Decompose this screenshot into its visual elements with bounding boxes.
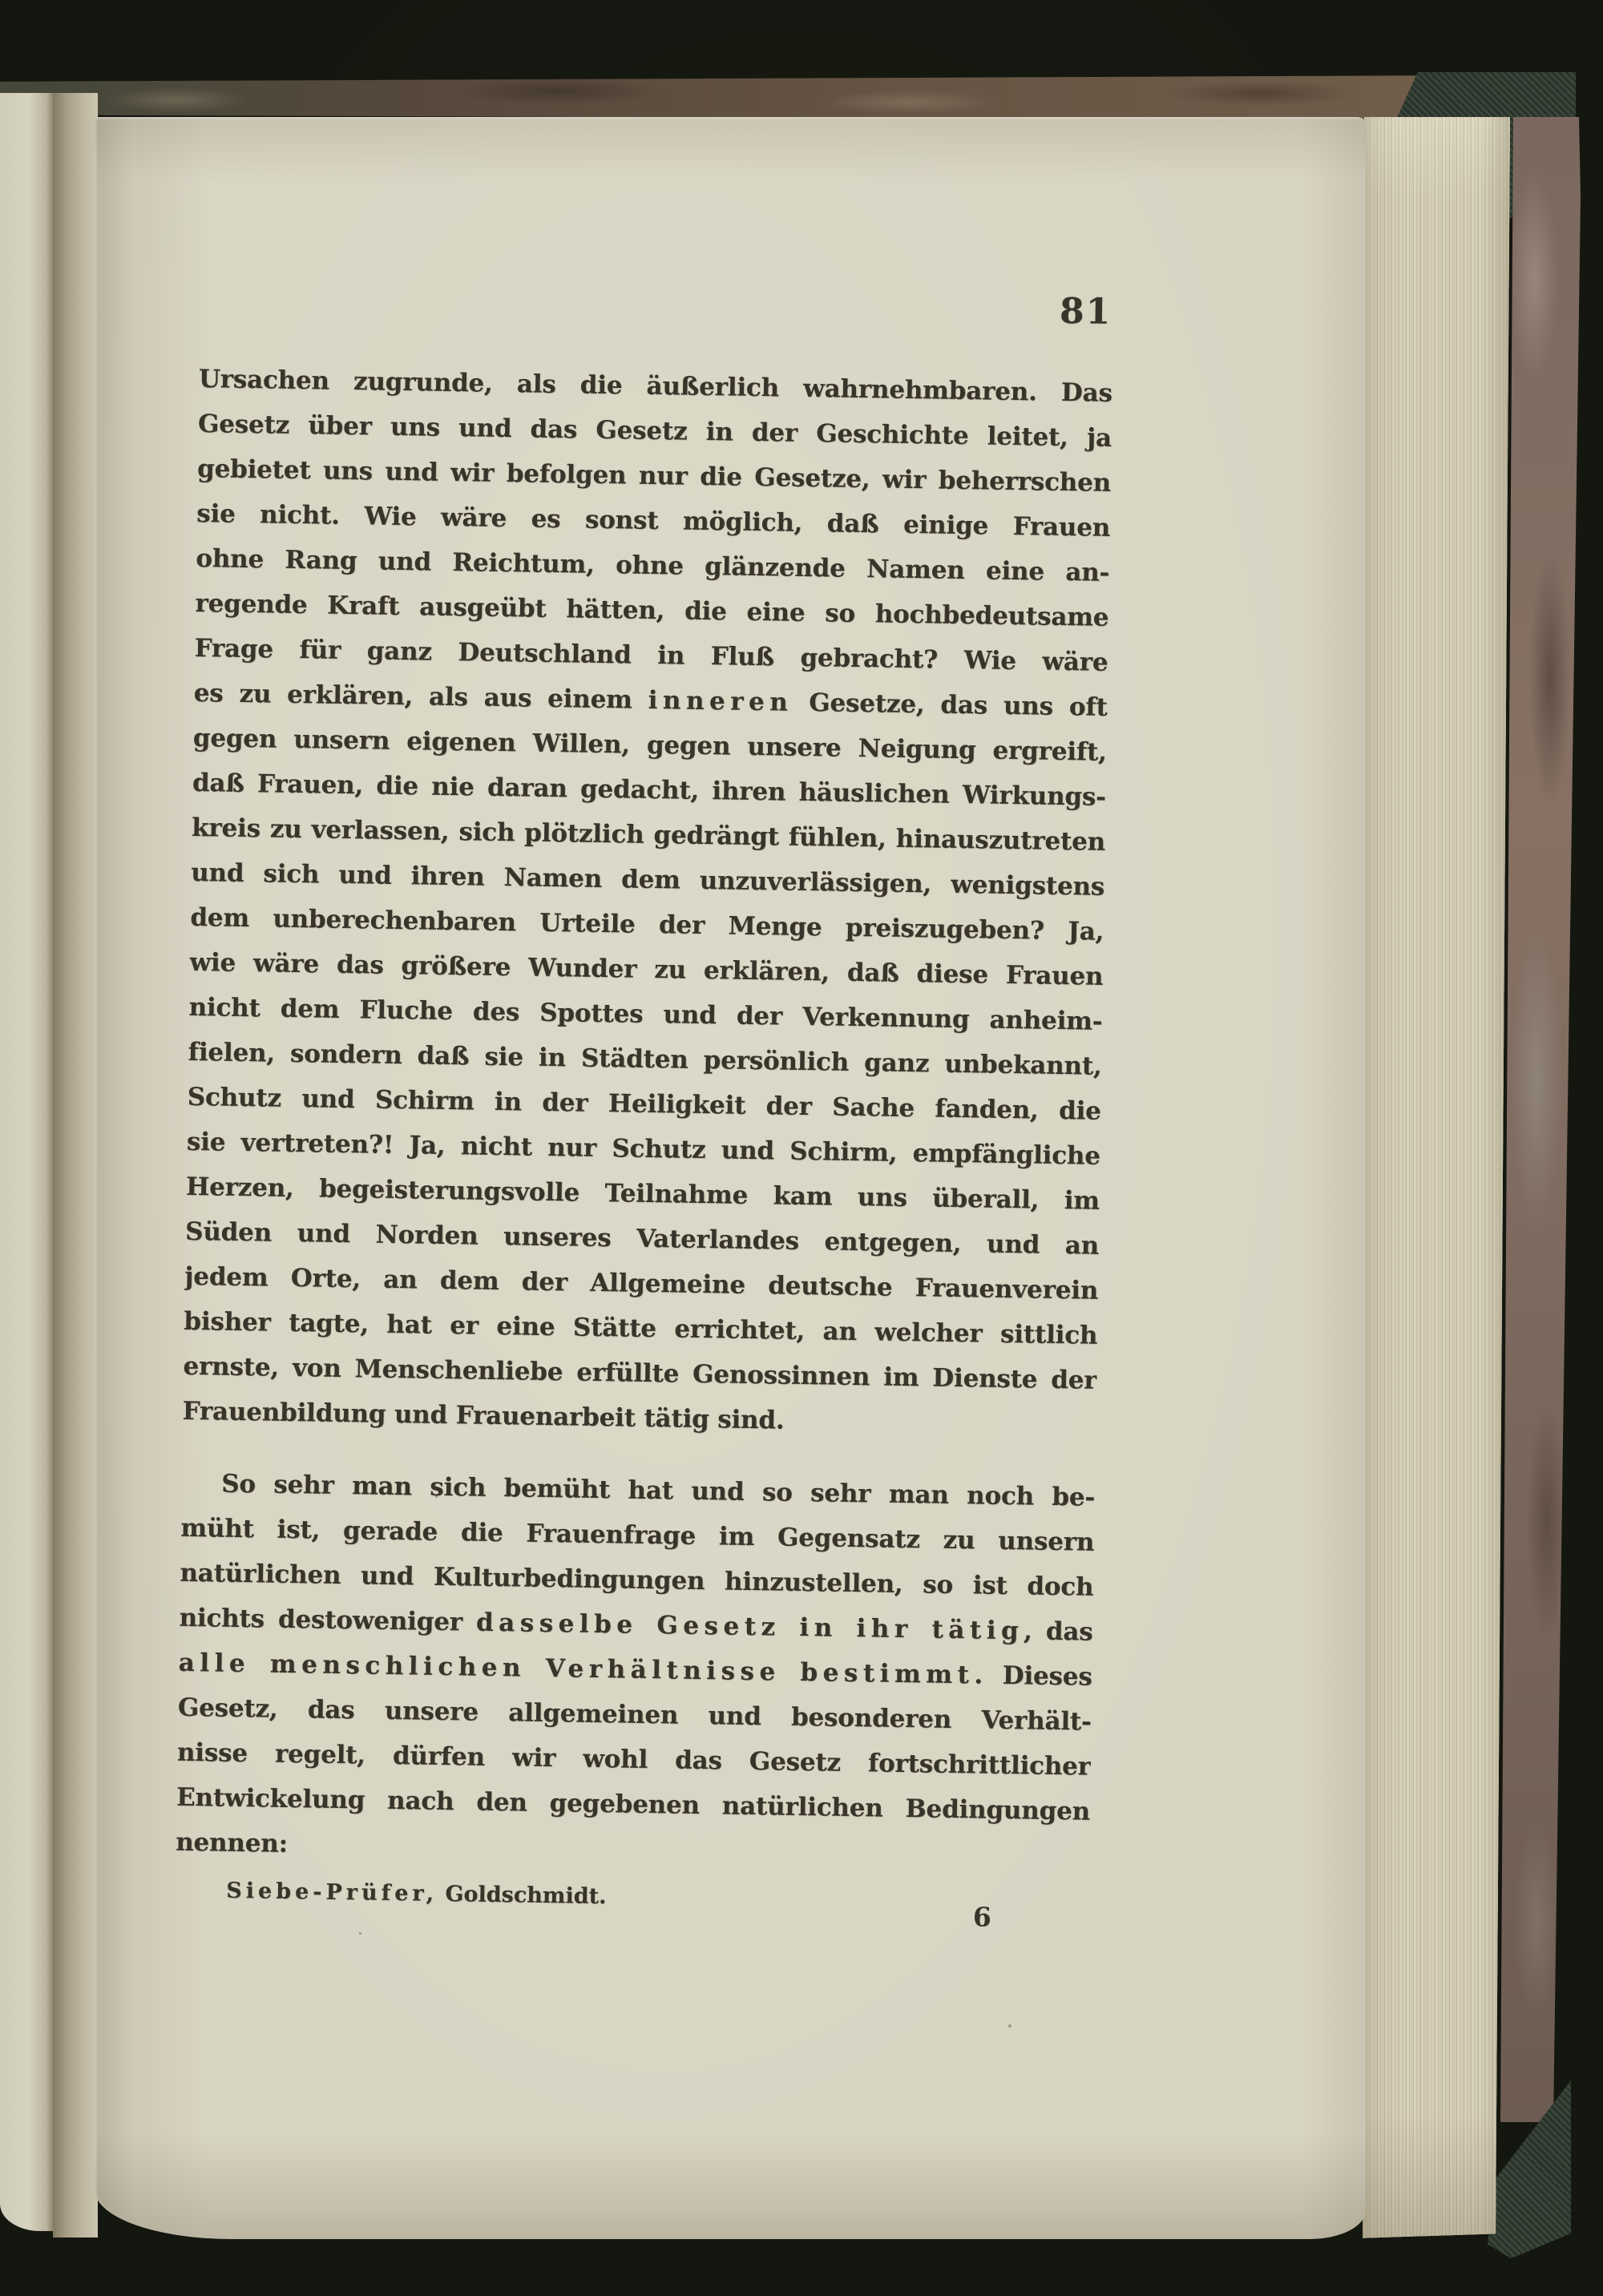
text-segment: Gesetz, das unsere allgemeinen und beson… (178, 1693, 1092, 1737)
text-segment: nisse regelt, dürfen wir wohl das Gesetz… (177, 1738, 1091, 1782)
page-number: 81 (1060, 291, 1112, 333)
signature-mark: 6 (973, 1901, 992, 1932)
paragraph: So sehr man sich bemüht hat und so sehr … (176, 1461, 1096, 1879)
text-segment: , das (1024, 1616, 1093, 1646)
letterspaced-text: alle menschlichen Verhältnisse bestimmt. (178, 1648, 988, 1690)
text-segment: nichts destoweniger (179, 1604, 476, 1637)
text-segment: fielen, sondern daß sie in Städten persö… (188, 1038, 1101, 1081)
text-segment: ernste, von Menschenliebe erfüllte Genos… (183, 1352, 1096, 1395)
text-segment: müht ist, gerade die Frauenfrage im Gege… (180, 1514, 1094, 1557)
text-segment: jedem Orte, an dem der Allgemeine deutsc… (184, 1262, 1098, 1305)
text-segment: bisher tagte, hat er eine Stätte erricht… (184, 1307, 1097, 1350)
text-segment: ohne Rang und Reichtum, ohne glänzende N… (196, 544, 1109, 587)
text-segment: Schutz und Schirm in der Heiligkeit der … (188, 1083, 1101, 1126)
letterspaced-text: dasselbe Gesetz in ihr tätig (476, 1608, 1024, 1646)
underlying-page-edge (0, 93, 53, 2231)
text-segment: sie nicht. Wie wäre es sonst möglich, da… (196, 499, 1110, 543)
page-fore-edge (1356, 117, 1516, 2242)
text-segment: Herzen, begeisterungsvolle Teilnahme kam… (186, 1172, 1100, 1216)
text-segment: gegen unsern eigenen Willen, gegen unser… (193, 724, 1107, 767)
book-scan: 81 Ursachen zugrunde, als die äußerlich … (0, 0, 1603, 2296)
text-segment: Süden und Norden unseres Vaterlandes ent… (185, 1217, 1099, 1261)
text-segment: und sich und ihren Namen dem unzuverläss… (191, 858, 1104, 902)
text-segment: Frauenbildung und Frauenarbeit tätig sin… (182, 1397, 784, 1435)
text-segment: kreis zu verlassen, sich plötzlich gedrä… (192, 813, 1105, 857)
marbled-board-right (1500, 117, 1581, 2122)
footer: Siebe-Prüfer, Goldschmidt. 6 (175, 1878, 1089, 1934)
text-body: Ursachen zugrunde, als die äußerlich wah… (175, 357, 1112, 1934)
paragraph: Ursachen zugrunde, als die äußerlich wah… (182, 357, 1112, 1448)
footer-catch-left: Siebe-Prüfer, (226, 1878, 438, 1907)
text-segment: sie vertreten?! Ja, nicht nur Schutz und… (187, 1128, 1100, 1171)
footer-catch-title: Siebe-Prüfer, Goldschmidt. (226, 1878, 607, 1909)
text-segment: daß Frauen, die nie daran gedacht, ihren… (192, 769, 1106, 812)
text-segment: es zu erklären, als aus einem (193, 679, 648, 715)
text-segment: gebietet uns und wir befolgen nur die Ge… (197, 454, 1111, 498)
text-segment: natürlichen und Kulturbedingungen hinzus… (180, 1559, 1093, 1602)
text-segment: Gesetz über uns und das Gesetz in der Ge… (198, 410, 1112, 453)
text-segment: wie wäre das größere Wunder zu erklären,… (189, 948, 1103, 991)
letterspaced-text: inneren (648, 686, 793, 717)
text-segment: regende Kraft ausgeübt hätten, die eine … (195, 589, 1108, 632)
text-segment: So sehr man sich bemüht hat und so sehr … (221, 1470, 1095, 1512)
text-segment: Dieses (987, 1661, 1092, 1692)
text-segment: Entwickelung nach den gegebenen natürlic… (176, 1783, 1090, 1826)
text-segment: nennen: (176, 1828, 288, 1858)
text-segment: dem unberechenbaren Urteile der Menge pr… (190, 903, 1104, 946)
book-cover-top-edge (0, 75, 1467, 120)
gutter-shadow (53, 93, 98, 2237)
text-segment: Ursachen zugrunde, als die äußerlich wah… (199, 365, 1112, 408)
text-segment: Gesetze, das uns oft (793, 688, 1108, 722)
text-layer: 81 Ursachen zugrunde, als die äußerlich … (171, 272, 1113, 2154)
book-page: 81 Ursachen zugrunde, als die äußerlich … (95, 117, 1366, 2239)
text-segment: Frage für ganz Deutschland in Fluß gebra… (194, 634, 1108, 677)
footer-catch-right: Goldschmidt. (438, 1882, 607, 1909)
text-segment: nicht dem Fluche des Spottes und der Ver… (188, 993, 1102, 1036)
